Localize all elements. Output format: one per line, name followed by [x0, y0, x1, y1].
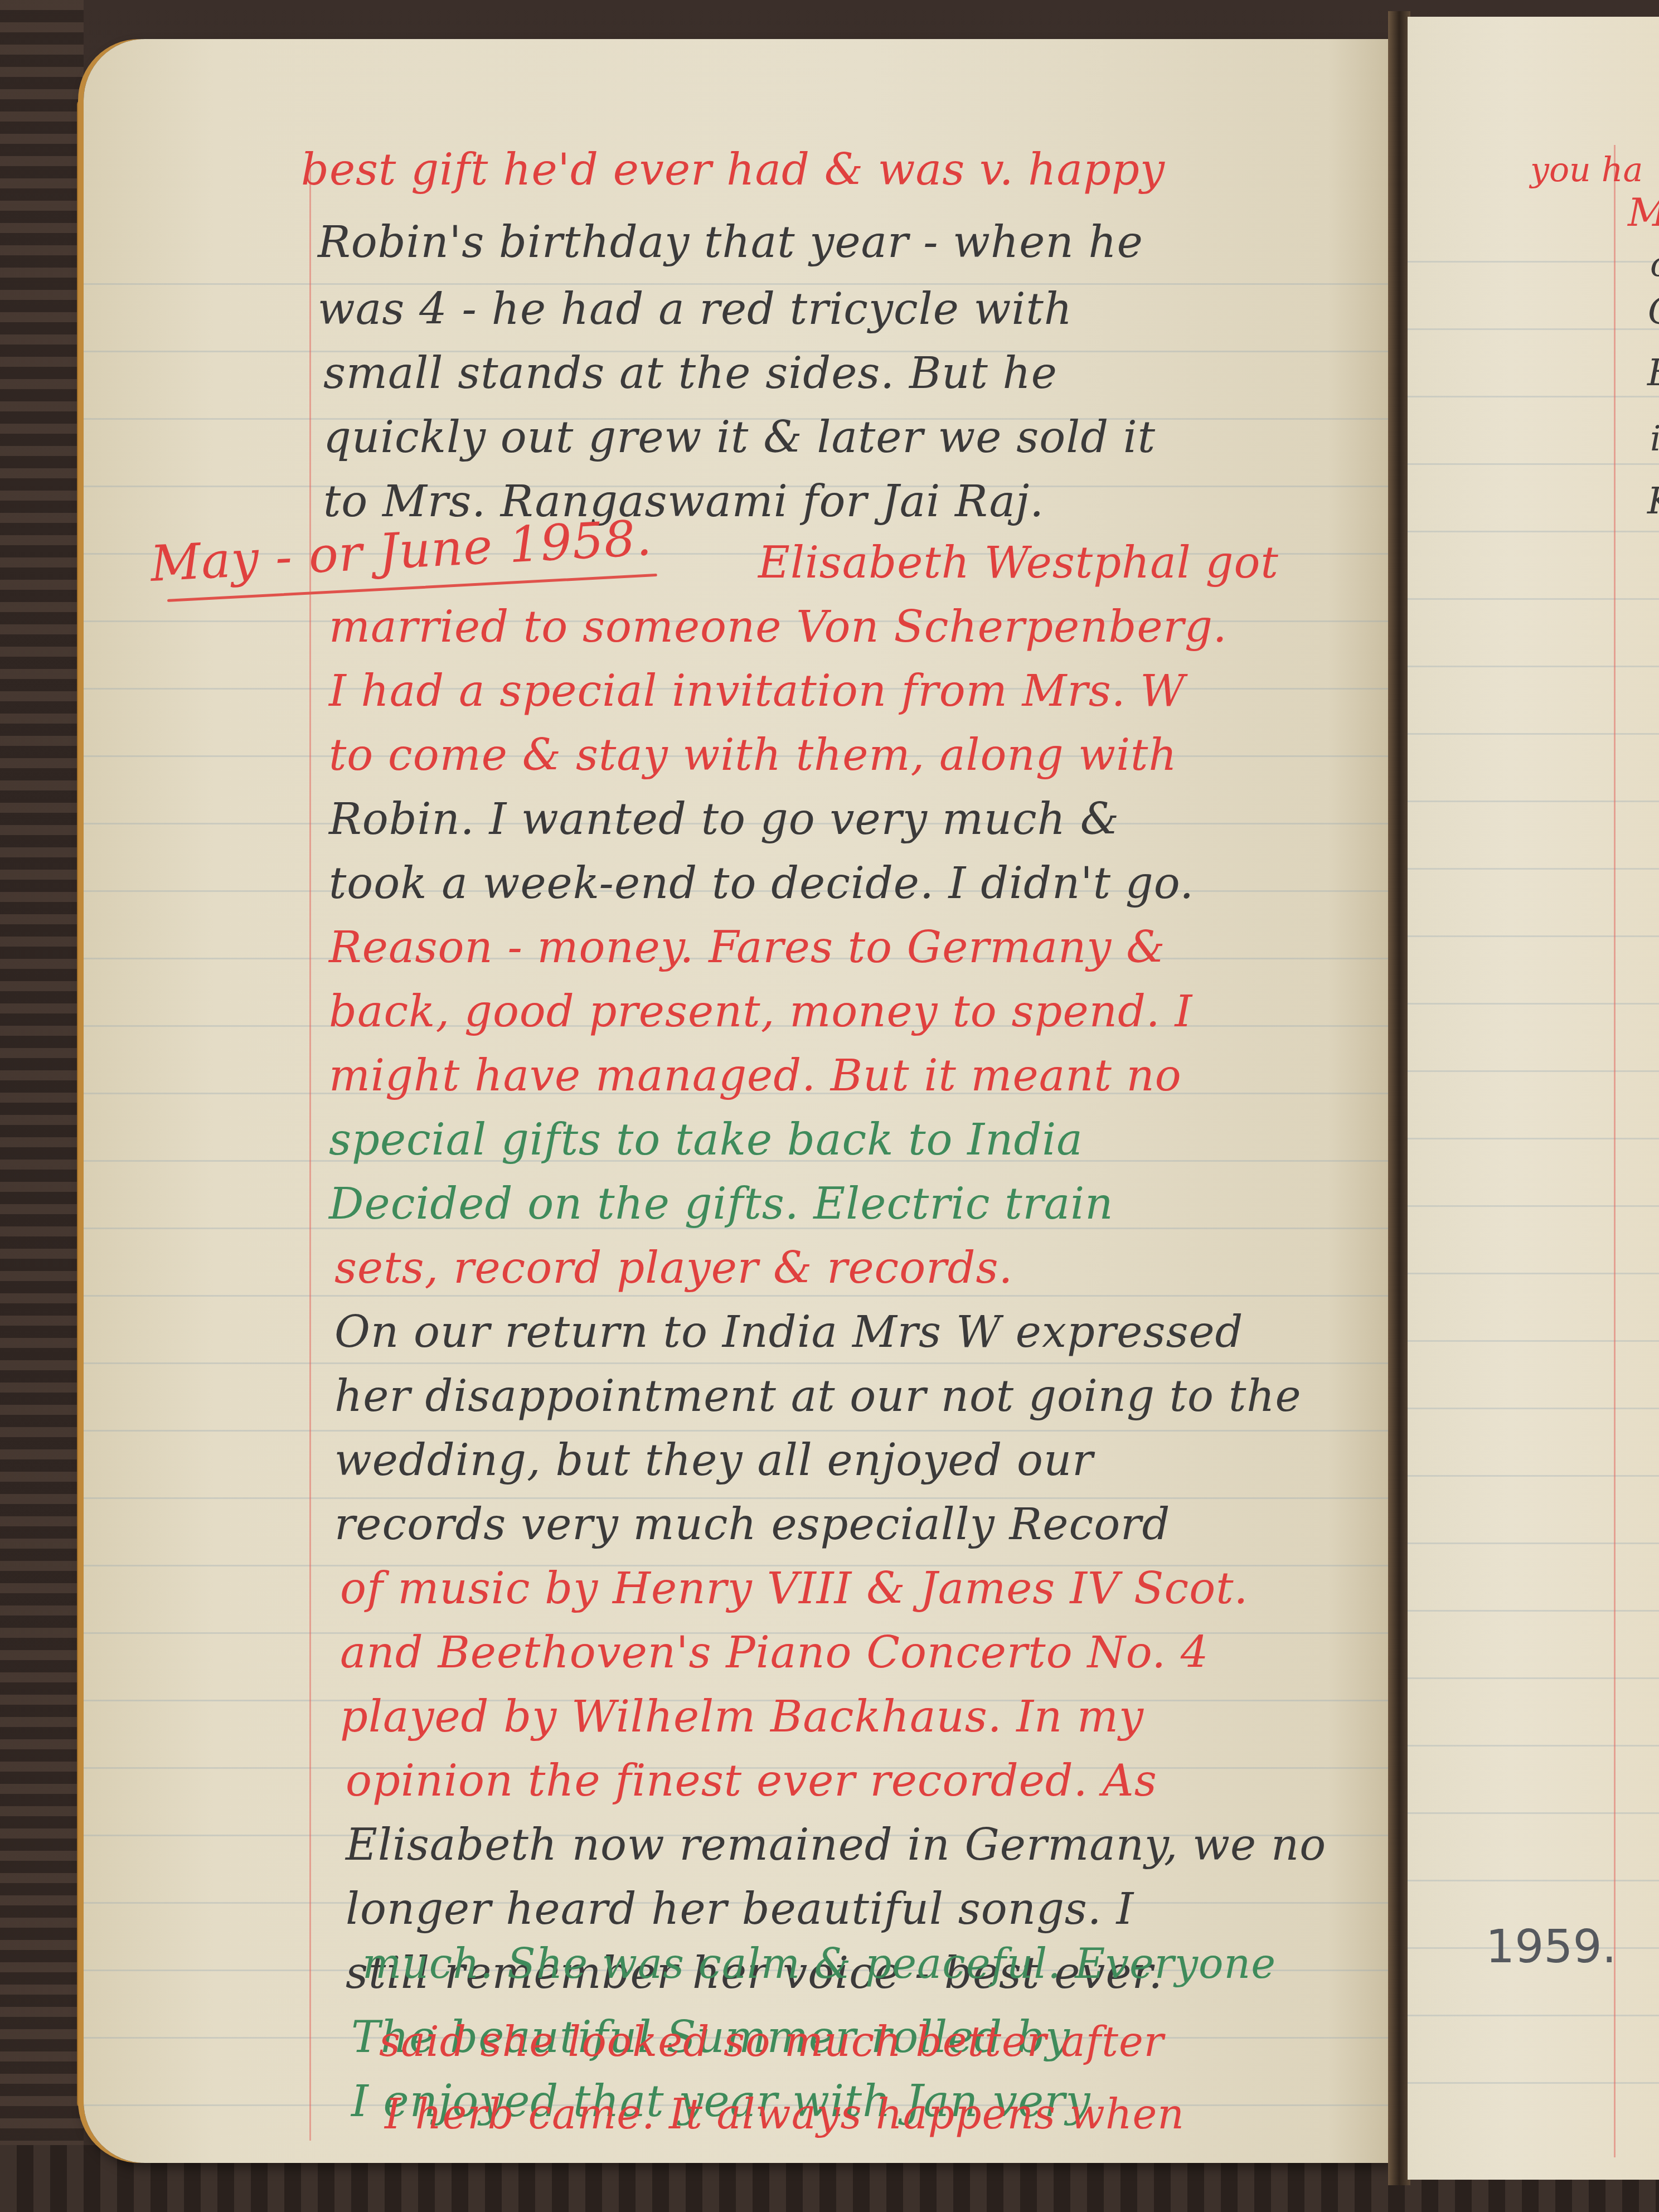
text-line: to come & stay with them, along with	[329, 730, 1177, 780]
text-line: records very much especially Record	[334, 1500, 1170, 1550]
text-line: longer heard her beautiful songs. I	[346, 1884, 1134, 1934]
text-line: took a week-end to decide. I didn't go.	[329, 858, 1194, 909]
margin-rule	[1614, 145, 1616, 2157]
text-line: was 4 - he had a red tricycle with	[318, 284, 1073, 334]
left-page-text: best gift he'd ever had & was v. happy R…	[84, 39, 1394, 2163]
text-line: and Beethoven's Piano Concerto No. 4	[340, 1628, 1209, 1678]
text-line: of music by Henry VIII & James IV Scot.	[340, 1564, 1248, 1614]
right-text-fragment: K	[1647, 479, 1659, 522]
year-note: 1959.	[1486, 1920, 1617, 1973]
text-line: quickly out grew it & later we sold it	[323, 413, 1156, 463]
text-line: much. She was calm & peaceful. Everyone	[362, 1940, 1276, 1988]
right-text-fragment: B	[1647, 351, 1659, 394]
text-line: said she looked so much better after	[379, 2018, 1164, 2066]
text-line: small stands at the sides. But he	[323, 348, 1058, 399]
left-notebook-page: best gift he'd ever had & was v. happy R…	[84, 39, 1394, 2163]
text-line: I had a special invitation from Mrs. W	[329, 666, 1186, 716]
right-text-fragment: you ha	[1530, 151, 1643, 190]
ruled-lines	[1408, 195, 1659, 2146]
right-text-fragment: M	[1628, 190, 1659, 235]
right-text-fragment: c	[1650, 245, 1659, 284]
text-line: back, good present, money to spend. I	[329, 987, 1192, 1037]
text-line: to Mrs. Rangaswami for Jai Raj.	[323, 477, 1044, 527]
text-line: best gift he'd ever had & was v. happy	[301, 145, 1165, 195]
text-line: I herb came. It always happens when	[385, 2090, 1185, 2138]
right-notebook-page: you ha M c Q B i K 1959.	[1408, 17, 1659, 2180]
text-line: Decided on the gifts. Electric train	[329, 1179, 1113, 1229]
text-line: Elisabeth Westphal got	[758, 538, 1279, 588]
text-line: special gifts to take back to India	[329, 1115, 1083, 1165]
text-line: Robin's birthday that year - when he	[318, 217, 1143, 268]
right-text-fragment: i	[1650, 418, 1659, 459]
notebook-gutter	[1388, 11, 1410, 2185]
background-table-left	[0, 0, 84, 2212]
text-line: Elisabeth now remained in Germany, we no	[346, 1820, 1326, 1870]
text-line: Reason - money. Fares to Germany &	[329, 923, 1166, 973]
text-line: sets, record player & records.	[334, 1243, 1013, 1293]
right-text-fragment: Q	[1647, 290, 1659, 333]
text-line: On our return to India Mrs W expressed	[334, 1307, 1244, 1357]
text-line: her disappointment at our not going to t…	[334, 1371, 1302, 1422]
text-line: wedding, but they all enjoyed our	[334, 1435, 1094, 1486]
text-line: married to someone Von Scherpenberg.	[329, 602, 1228, 652]
text-line: opinion the finest ever recorded. As	[346, 1756, 1157, 1806]
text-line: played by Wilhelm Backhaus. In my	[340, 1692, 1144, 1742]
text-line: might have managed. But it meant no	[329, 1051, 1182, 1101]
text-line: Robin. I wanted to go very much &	[329, 794, 1119, 845]
